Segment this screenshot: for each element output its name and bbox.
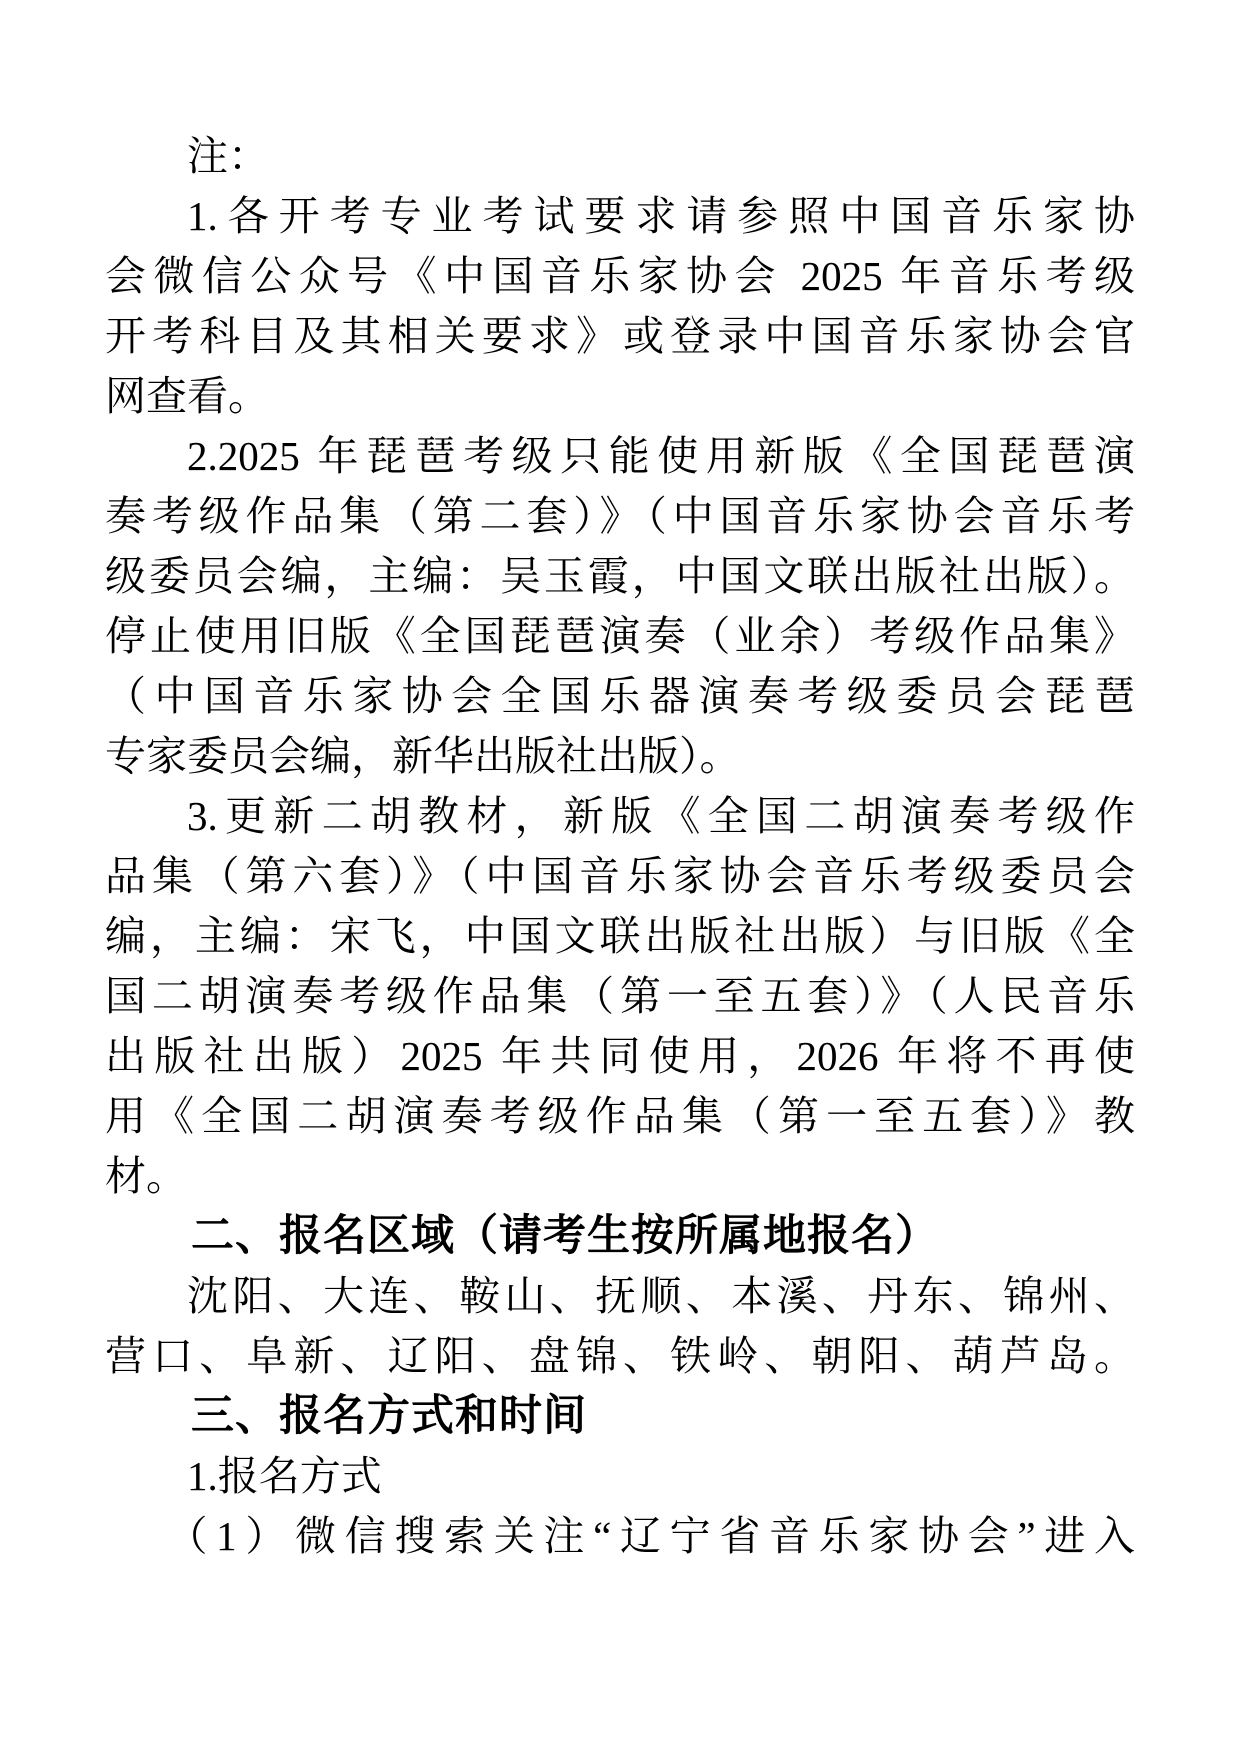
document-page: 注：1.各开考专业考试要求请参照中国音乐家协会微信公众号《中国音乐家协会 202… <box>0 0 1241 1755</box>
text-line: 奏考级作品集（第二套）》（中国音乐家协会音乐考 <box>105 486 1135 546</box>
text-line: 级委员会编，主编：吴玉霞，中国文联出版社出版）。 <box>105 546 1135 606</box>
text-line: 编，主编：宋飞，中国文联出版社出版）与旧版《全 <box>105 906 1135 966</box>
text-line: 国二胡演奏考级作品集（第一至五套）》（人民音乐 <box>105 966 1135 1026</box>
text-line: 1.各开考专业考试要求请参照中国音乐家协 <box>105 186 1135 246</box>
text-line: 注： <box>105 126 1135 186</box>
text-line: 停止使用旧版《全国琵琶演奏（业余）考级作品集》 <box>105 606 1135 666</box>
text-line: （1）微信搜索关注“辽宁省音乐家协会”进入 <box>105 1506 1135 1566</box>
text-line: 专家委员会编，新华出版社出版）。 <box>105 726 1135 786</box>
section-heading: 二、报名区域（请考生按所属地报名） <box>105 1206 1135 1266</box>
text-line: 开考科目及其相关要求》或登录中国音乐家协会官 <box>105 306 1135 366</box>
text-line: 2.2025 年琵琶考级只能使用新版《全国琵琶演 <box>105 426 1135 486</box>
text-line: 品集（第六套）》（中国音乐家协会音乐考级委员会 <box>105 846 1135 906</box>
text-line: 网查看。 <box>105 366 1135 426</box>
text-line: 材。 <box>105 1146 1135 1206</box>
text-line: 出版社出版）2025 年共同使用，2026 年将不再使 <box>105 1026 1135 1086</box>
text-line: 沈阳、大连、鞍山、抚顺、本溪、丹东、锦州、 <box>105 1266 1135 1326</box>
document-body: 注：1.各开考专业考试要求请参照中国音乐家协会微信公众号《中国音乐家协会 202… <box>0 0 1241 1566</box>
section-heading: 三、报名方式和时间 <box>105 1386 1135 1446</box>
text-line: （中国音乐家协会全国乐器演奏考级委员会琵琶 <box>105 666 1135 726</box>
text-line: 会微信公众号《中国音乐家协会 2025 年音乐考级 <box>105 246 1135 306</box>
text-line: 用《全国二胡演奏考级作品集（第一至五套）》教 <box>105 1086 1135 1146</box>
text-line: 营口、阜新、辽阳、盘锦、铁岭、朝阳、葫芦岛。 <box>105 1326 1135 1386</box>
text-line: 3.更新二胡教材，新版《全国二胡演奏考级作 <box>105 786 1135 846</box>
text-line: 1.报名方式 <box>105 1446 1135 1506</box>
